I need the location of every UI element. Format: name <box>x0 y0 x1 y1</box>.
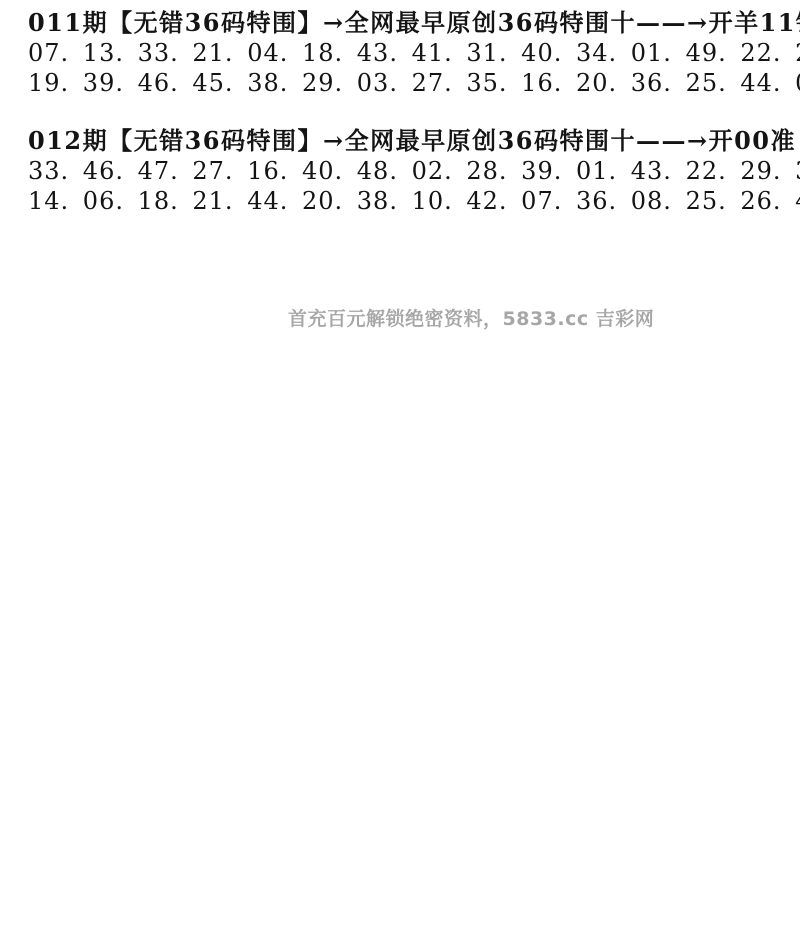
prediction-title-012: 012期【无错36码特围】→全网最早原创36码特围十——→开00准 <box>28 126 800 156</box>
predictions-content: 011期【无错36码特围】→全网最早原创36码特围十——→开羊11错 07. 1… <box>0 0 800 216</box>
prediction-title-011: 011期【无错36码特围】→全网最早原创36码特围十——→开羊11错 <box>28 8 800 38</box>
prediction-block-011: 011期【无错36码特围】→全网最早原创36码特围十——→开羊11错 07. 1… <box>28 8 800 98</box>
numbers-row: 14. 06. 18. 21. 44. 20. 38. 10. 42. 07. … <box>28 186 800 216</box>
prediction-block-012: 012期【无错36码特围】→全网最早原创36码特围十——→开00准 33. 46… <box>28 126 800 216</box>
lottery-results-page: 011期【无错36码特围】→全网最早原创36码特围十——→开羊11错 07. 1… <box>0 0 800 945</box>
numbers-row: 19. 39. 46. 45. 38. 29. 03. 27. 35. 16. … <box>28 68 800 98</box>
numbers-row: 07. 13. 33. 21. 04. 18. 43. 41. 31. 40. … <box>28 38 800 68</box>
numbers-row: 33. 46. 47. 27. 16. 40. 48. 02. 28. 39. … <box>28 156 800 186</box>
site-watermark: 首充百元解锁绝密资料，5833.cc 吉彩网 <box>288 307 654 331</box>
